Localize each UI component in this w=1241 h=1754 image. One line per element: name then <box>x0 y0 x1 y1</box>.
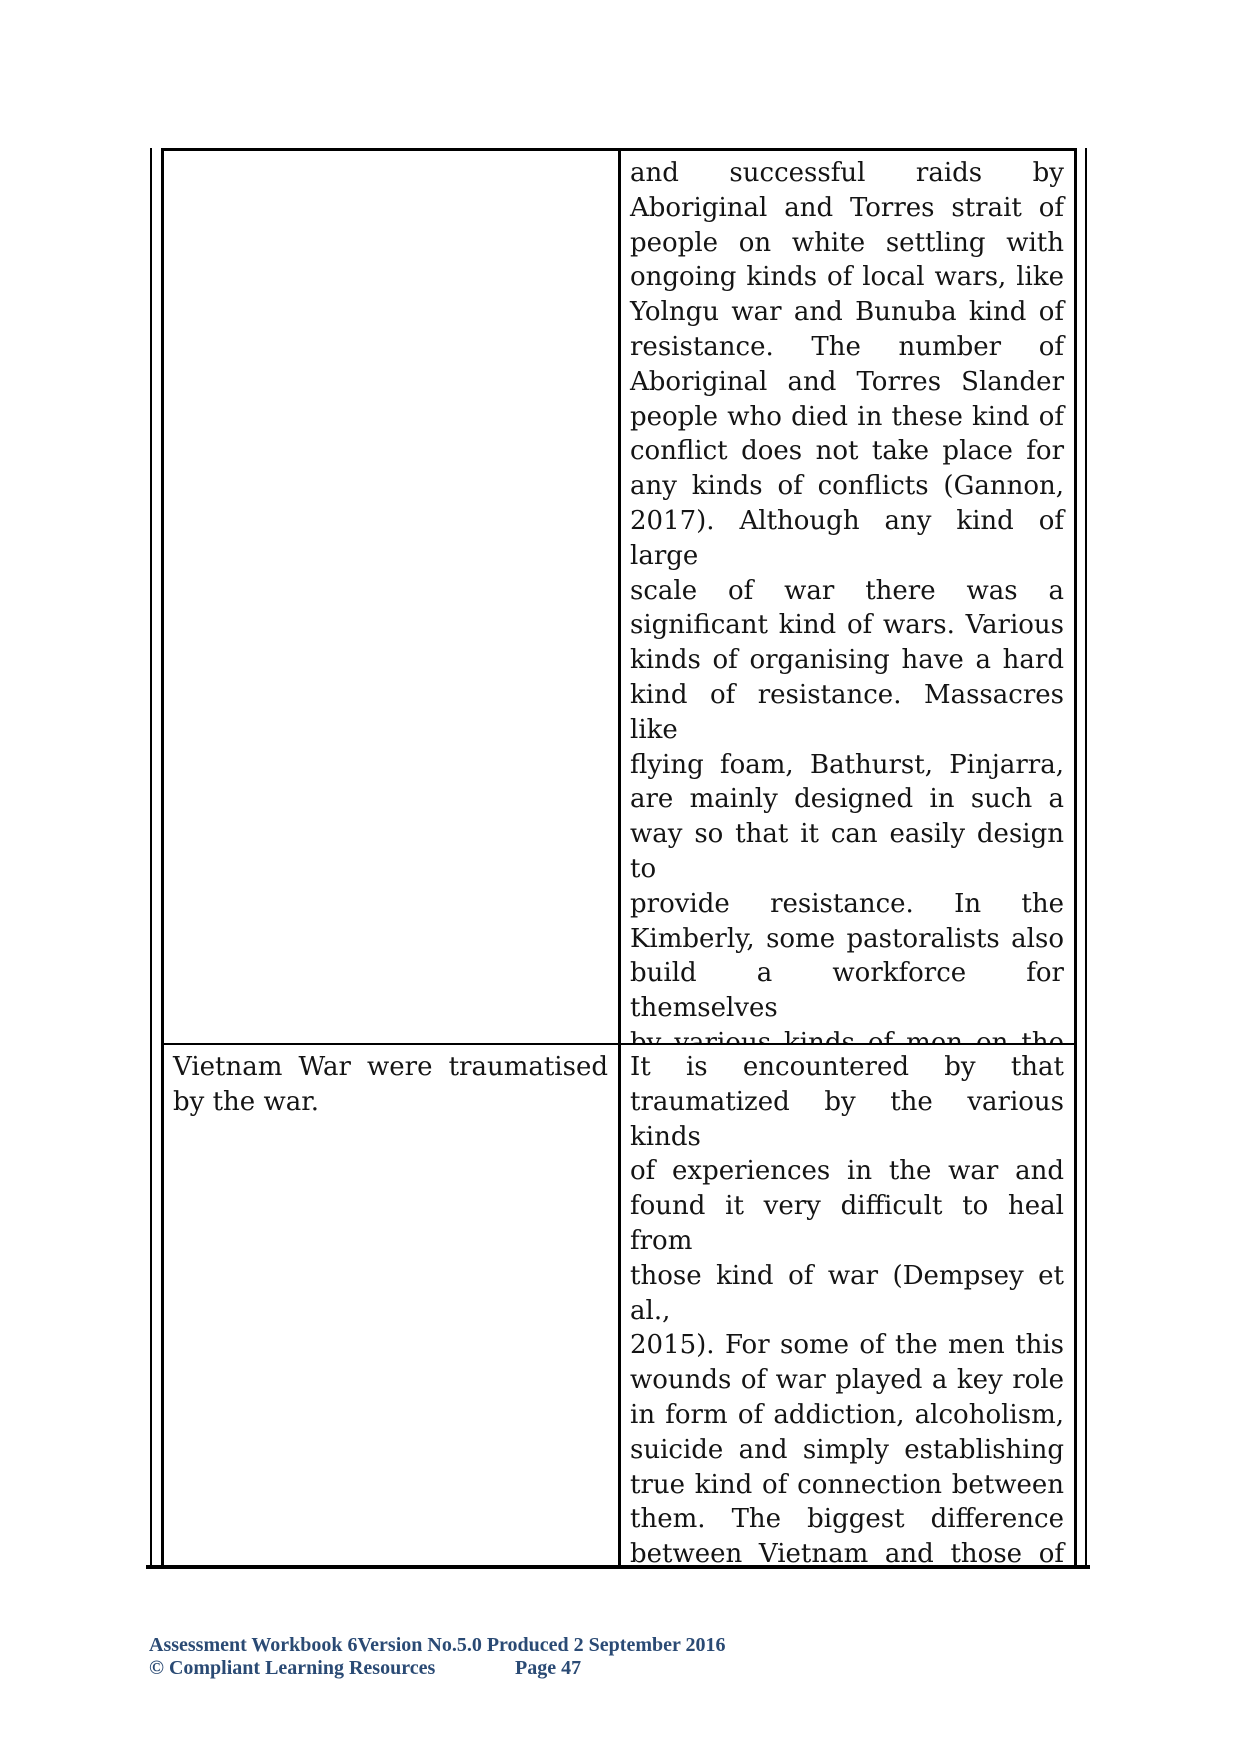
table-page-cut-line <box>146 1565 1090 1569</box>
footer-copyright: © Compliant Learning Resources <box>149 1657 435 1679</box>
footer-version-line: Assessment Workbook 6Version No.5.0 Prod… <box>149 1634 1099 1657</box>
text-line: It is encountered by that <box>630 1050 1064 1085</box>
content-table: and successful raids byAboriginal and To… <box>161 148 1077 1568</box>
text-line: conflict does not take place for <box>630 434 1064 469</box>
row1-right-cell: and successful raids byAboriginal and To… <box>621 151 1074 1043</box>
text-line: kind of resistance. Massacres like <box>630 678 1064 748</box>
page-edge-line-left <box>150 148 152 1567</box>
text-line: Aboriginal and Torres Slander <box>630 365 1064 400</box>
row2-left-cell: Vietnam War were traumatisedby the war. <box>164 1045 621 1568</box>
text-line: scale of war there was a <box>630 574 1064 609</box>
table-row: and successful raids byAboriginal and To… <box>164 151 1074 1043</box>
text-line: are mainly designed in such a <box>630 782 1064 817</box>
text-line: provide resistance. In the <box>630 887 1064 922</box>
text-line: 2017). Although any kind of large <box>630 504 1064 574</box>
text-line: found it very difficult to heal from <box>630 1189 1064 1259</box>
footer-copyright-line: © Compliant Learning Resources Page 47 <box>149 1657 1099 1680</box>
text-line: and successful raids by <box>630 156 1064 191</box>
text-line: significant kind of wars. Various <box>630 608 1064 643</box>
document-page: and successful raids byAboriginal and To… <box>0 0 1241 1754</box>
text-line: them. The biggest difference <box>630 1502 1064 1537</box>
text-line: build a workforce for themselves <box>630 956 1064 1026</box>
text-line: true kind of connection between <box>630 1468 1064 1503</box>
text-line: of experiences in the war and <box>630 1154 1064 1189</box>
footer-page-number: Page 47 <box>515 1657 581 1680</box>
row1-left-cell <box>164 151 621 1043</box>
text-line: 2015). For some of the men this <box>630 1328 1064 1363</box>
page-footer: Assessment Workbook 6Version No.5.0 Prod… <box>149 1634 1099 1680</box>
text-line: kinds of organising have a hard <box>630 643 1064 678</box>
text-line: Kimberly, some pastoralists also <box>630 922 1064 957</box>
text-line: suicide and simply establishing <box>630 1433 1064 1468</box>
table-row: Vietnam War were traumatisedby the war. … <box>164 1043 1074 1568</box>
text-line: those kind of war (Dempsey et al., <box>630 1259 1064 1329</box>
text-line: by the war. <box>173 1085 608 1120</box>
text-line: between Vietnam and those of <box>630 1537 1064 1568</box>
text-line: any kinds of conflicts (Gannon, <box>630 469 1064 504</box>
row2-right-cell: It is encountered by thattraumatized by … <box>621 1045 1074 1568</box>
text-line: way so that it can easily design to <box>630 817 1064 887</box>
text-line: by various kinds of men on the <box>630 1026 1064 1043</box>
text-line: in form of addiction, alcoholism, <box>630 1398 1064 1433</box>
text-line: traumatized by the various kinds <box>630 1085 1064 1155</box>
text-line: Yolngu war and Bunuba kind of <box>630 295 1064 330</box>
text-line: flying foam, Bathurst, Pinjarra, <box>630 748 1064 783</box>
text-line: resistance. The number of <box>630 330 1064 365</box>
page-edge-line-right <box>1085 148 1087 1567</box>
text-line: ongoing kinds of local wars, like <box>630 260 1064 295</box>
text-line: wounds of war played a key role <box>630 1363 1064 1398</box>
text-line: people who died in these kind of <box>630 400 1064 435</box>
text-line: Aboriginal and Torres strait of <box>630 191 1064 226</box>
text-line: people on white settling with <box>630 226 1064 261</box>
text-line: Vietnam War were traumatised <box>173 1050 608 1085</box>
